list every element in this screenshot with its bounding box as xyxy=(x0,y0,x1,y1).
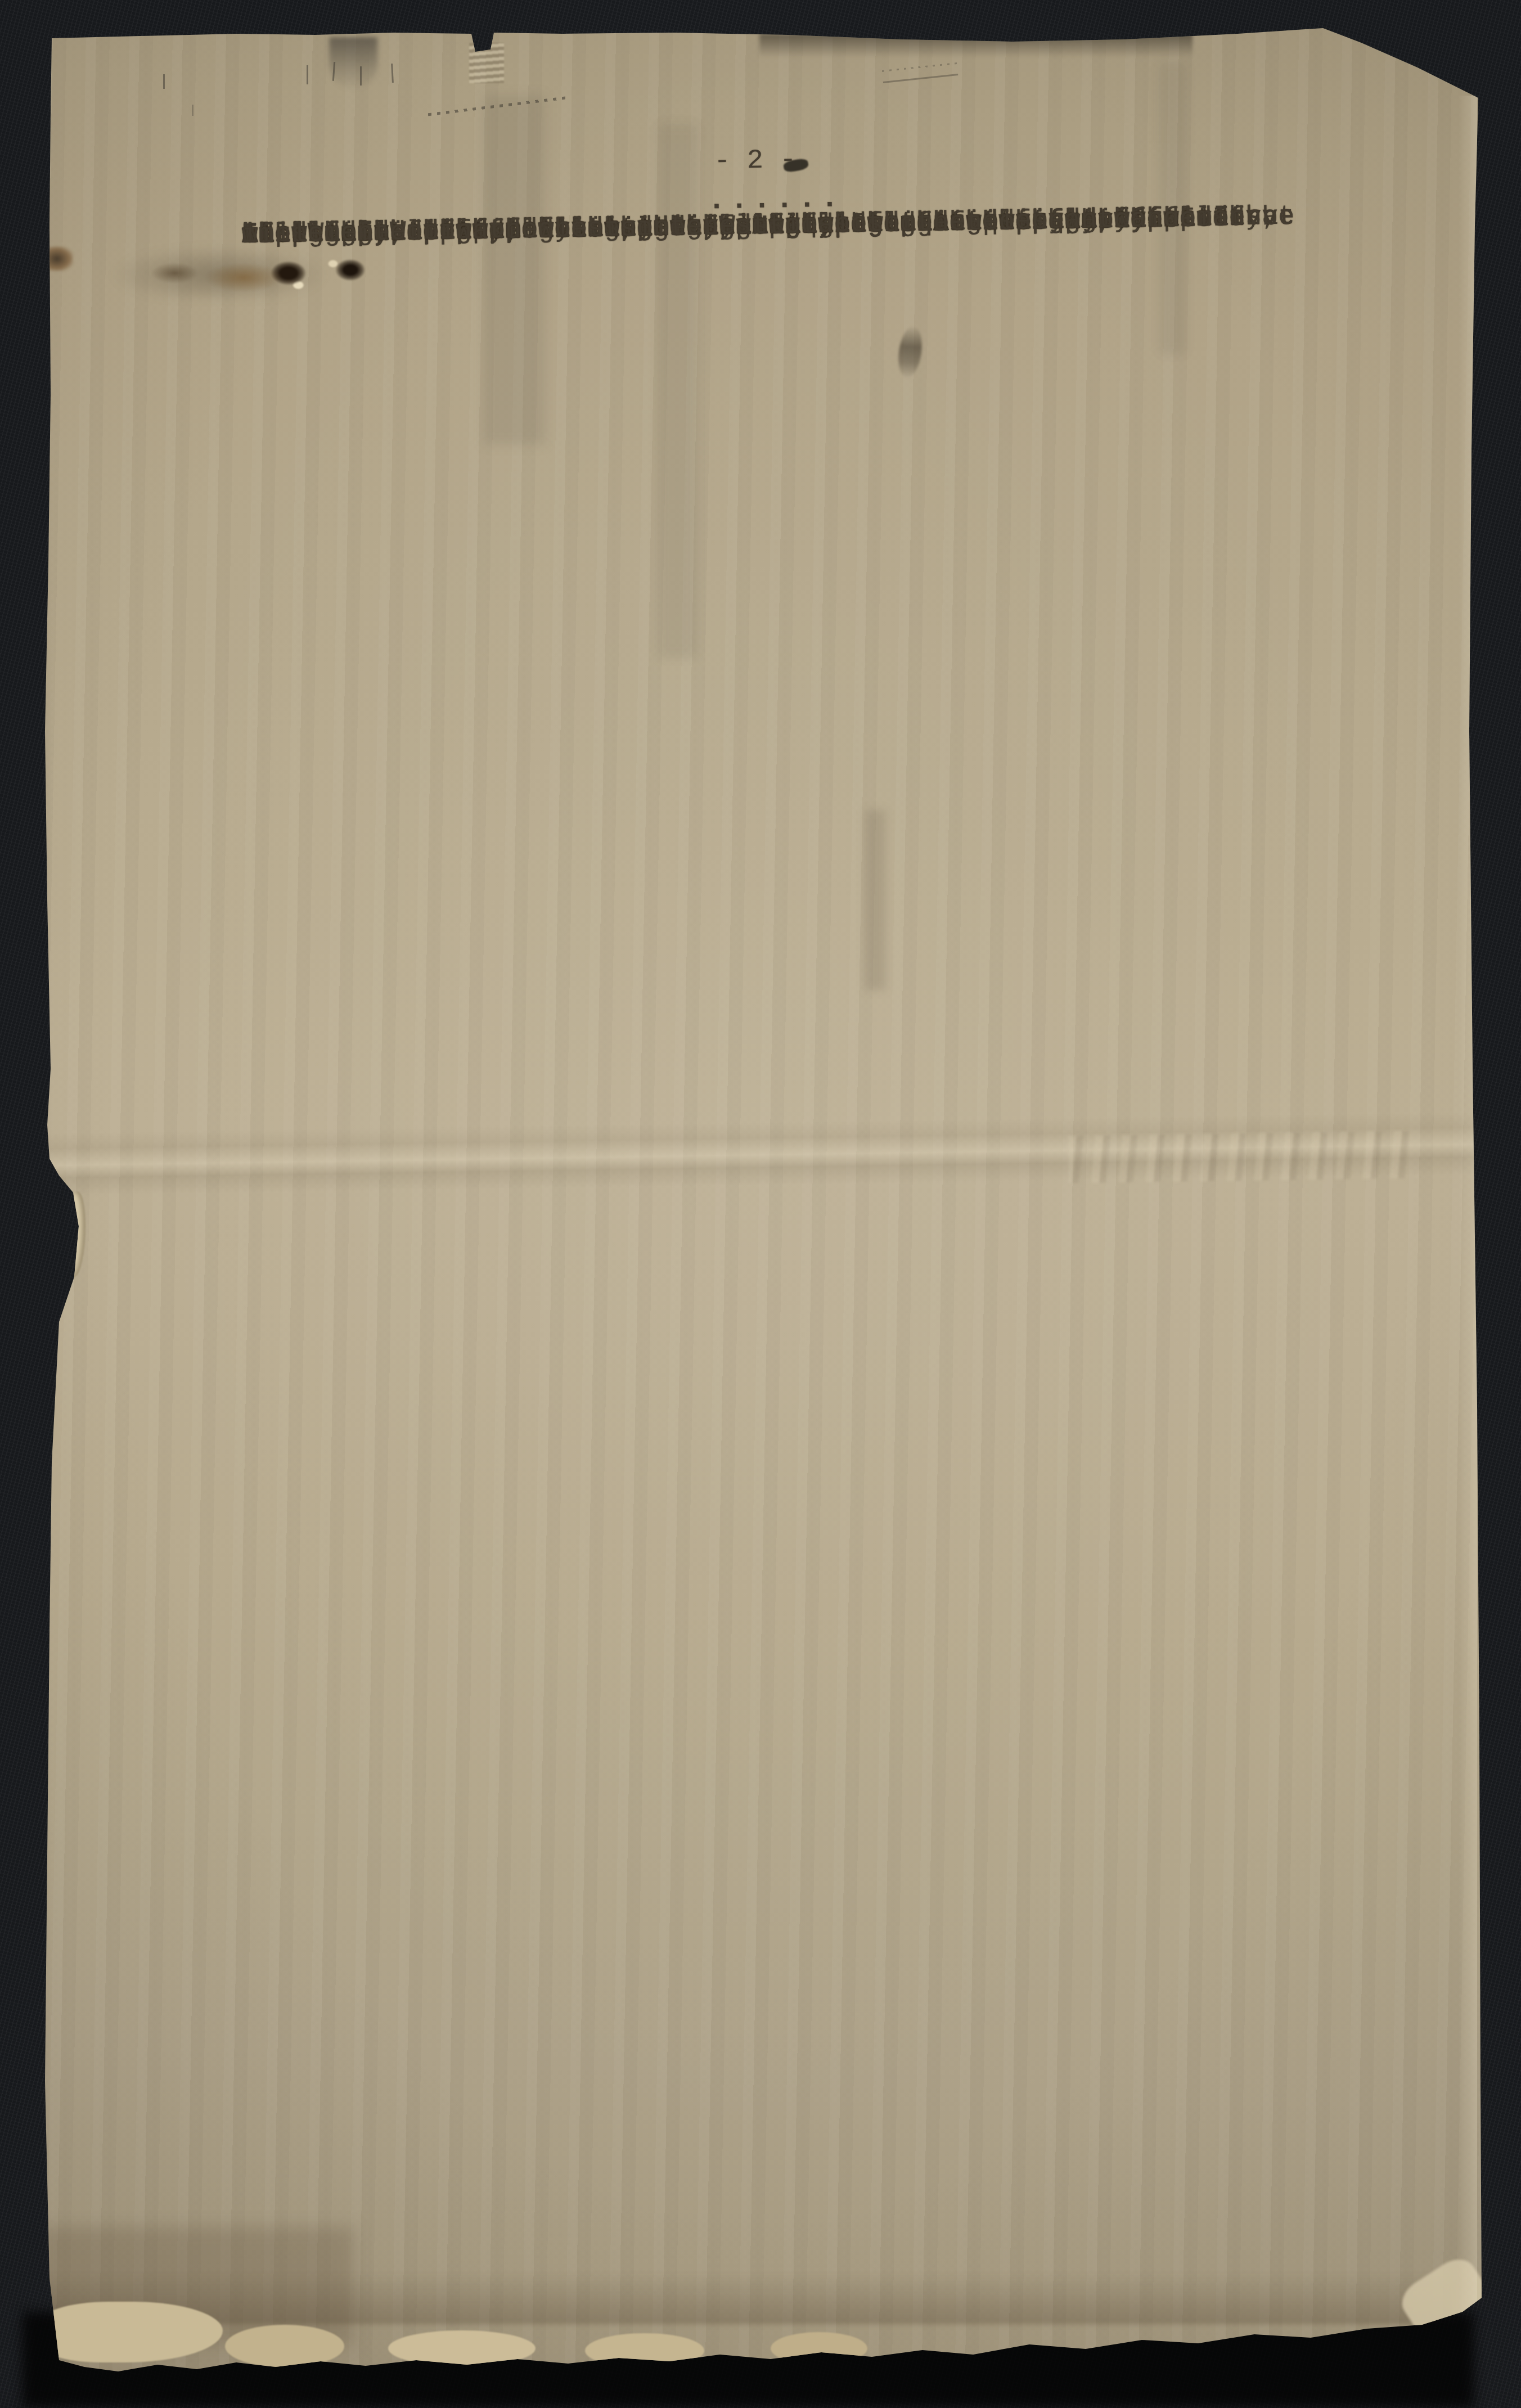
fold-wrinkle xyxy=(1068,1131,1417,1183)
edge-burn-spot xyxy=(46,246,73,271)
torn-bottom-flap xyxy=(225,2325,344,2368)
top-edge-smudge xyxy=(329,37,377,90)
typed-text-block: - 2 - the Workshop is meeting perhaps pr… xyxy=(241,188,1344,237)
pencil-mark xyxy=(192,105,193,116)
pencil-mark xyxy=(391,64,394,83)
paper-sheet: - 2 - the Workshop is meeting perhaps pr… xyxy=(0,0,1521,2408)
pencil-mark xyxy=(307,65,308,84)
torn-bottom-flap xyxy=(36,2302,223,2362)
pencil-mark xyxy=(163,74,165,89)
fold-shadow xyxy=(865,810,885,990)
pencil-mark xyxy=(360,66,362,85)
ink-smudge-stain xyxy=(895,325,925,380)
pencil-scribble xyxy=(881,57,958,83)
bottom-edge-shade xyxy=(34,2272,1451,2324)
